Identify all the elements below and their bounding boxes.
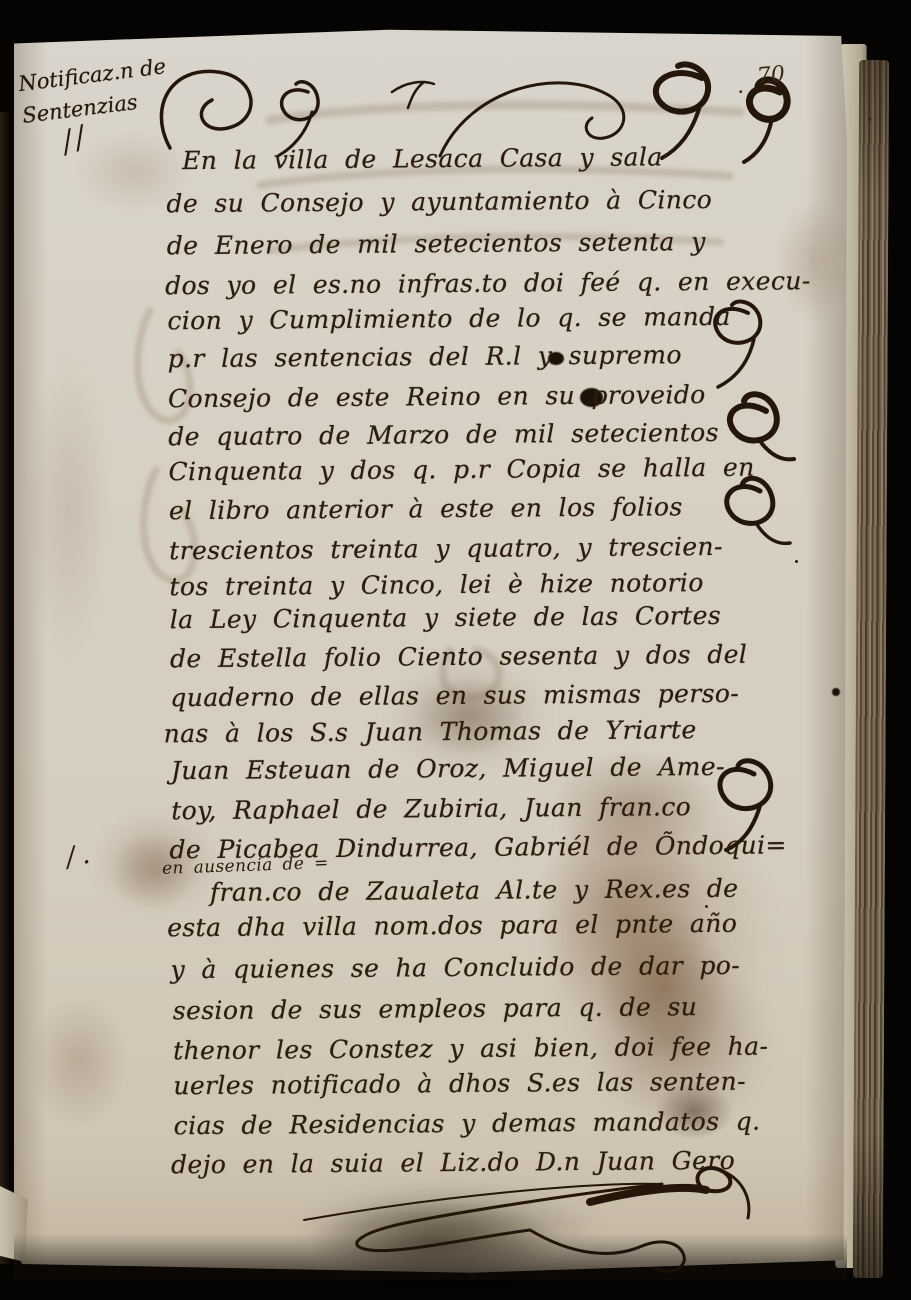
manuscript-text-block: En la villa de Lesaca Casa y sala de su … [0,0,911,1300]
manuscript-line: toy, Raphael de Zubiria, Juan fran.co [171,794,691,823]
manuscript-line: p.r las sentencias del R.l y supremo [168,342,682,371]
manuscript-line: cion y Cumplimiento de lo q. se manda [167,304,731,333]
manuscript-line: dejo en la suia el Liz.do D.n Juan Gero [171,1148,735,1177]
manuscript-line: fran.co de Zaualeta Al.te y Rex.es de [210,876,739,905]
manuscript-line: de su Consejo y ayuntamiento à Cinco [166,187,712,216]
manuscript-line: esta dha villa nom.dos para el pnte año [167,911,737,940]
manuscript-line: trescientos treinta y quatro, y trescien… [169,534,723,563]
manuscript-line: uerles notificado à dhos S.es las senten… [173,1069,746,1098]
manuscript-line: Cinquenta y dos q. p.r Copia se halla en [168,455,754,485]
manuscript-line: la Ley Cinquenta y siete de las Cortes [170,603,722,632]
manuscript-line: de Picabea Dindurrea, Gabriél de Õndoqui… [169,832,786,862]
manuscript-line: tos treinta y Cinco, lei è hize notorio [169,570,703,599]
manuscript-line: En la villa de Lesaca Casa y sala [182,144,663,173]
manuscript-line: thenor les Constez y asi bien, doi fee h… [173,1034,768,1064]
manuscript-line: de Enero de mil setecientos setenta y [167,229,706,258]
manuscript-line: el libro anterior à este en los folios [169,494,683,523]
manuscript-line: Consejo de este Reino en su proveido [168,382,706,411]
manuscript-photo: Notificaz.n de Sentenzias // .70 /. en a… [0,0,911,1300]
manuscript-line: de Estella folio Ciento sesenta y dos de… [170,642,747,672]
manuscript-line: quaderno de ellas en sus mismas perso- [170,681,739,710]
manuscript-line: dos yo el es.no infras.to doi feé q. en … [165,268,811,298]
manuscript-line: de quatro de Marzo de mil setecientos [168,420,719,449]
manuscript-line: sesion de sus empleos para q. de su [173,994,698,1023]
manuscript-line: nas à los S.s Juan Thomas de Yriarte [164,717,697,746]
manuscript-line: cias de Residencias y demas mandatos q. [174,1109,761,1139]
manuscript-line: y à quienes se ha Concluido de dar po- [170,953,740,982]
manuscript-line: Juan Esteuan de Oroz, Miguel de Ame- [171,754,725,783]
